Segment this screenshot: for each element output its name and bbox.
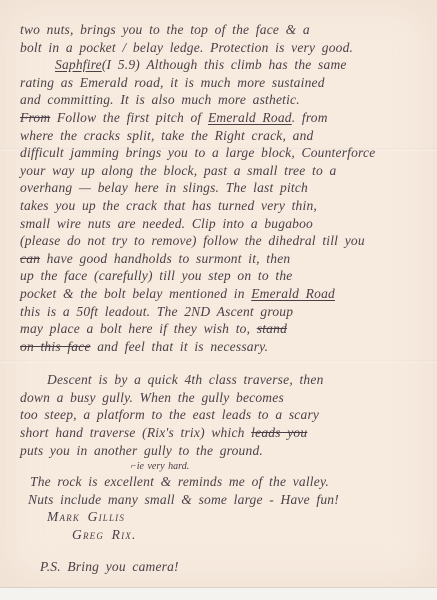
- text-segment: Mark Gillis: [47, 509, 125, 524]
- underlined-text: Emerald Road: [251, 286, 335, 301]
- underlined-text: Saphfire: [55, 57, 102, 72]
- text-segment: down a busy gully. When the gully become…: [20, 390, 284, 405]
- handwritten-line: too steep, a platform to the east leads …: [20, 406, 429, 424]
- text-segment: Follow the first pitch of: [50, 110, 208, 125]
- text-segment: bolt in a pocket / belay ledge. Protecti…: [20, 40, 353, 55]
- text-segment: P.S. Bring you camera!: [40, 559, 179, 574]
- handwritten-line: puts you in another gully to the ground.: [20, 442, 429, 460]
- text-segment: your way up along the block, past a smal…: [20, 163, 336, 178]
- handwritten-line: The rock is excellent & reminds me of th…: [30, 473, 429, 491]
- handwritten-line: this is a 50ft leadout. The 2ND Ascent g…: [20, 303, 429, 321]
- signature-line: Mark Gillis: [47, 508, 429, 526]
- text-segment: ⌐ie very hard.: [130, 461, 189, 472]
- crossed-out-text: leads you: [251, 425, 307, 440]
- crossed-out-text: can: [20, 251, 40, 266]
- text-segment: difficult jamming brings you to a large …: [20, 145, 375, 160]
- text-segment: Greg Rix.: [72, 527, 137, 542]
- text-segment: The rock is excellent & reminds me of th…: [30, 474, 329, 489]
- handwritten-line: rating as Emerald road, it is much more …: [20, 74, 429, 92]
- handwritten-line: (please do not try to remove) follow the…: [20, 232, 429, 250]
- handwritten-line: bolt in a pocket / belay ledge. Protecti…: [20, 39, 429, 57]
- text-segment: puts you in another gully to the ground.: [20, 443, 263, 458]
- handwritten-line: up the face (carefully) till you step on…: [20, 267, 429, 285]
- text-segment: have good handholds to surmont it, then: [40, 251, 290, 266]
- handwritten-line: Descent is by a quick 4th class traverse…: [47, 371, 429, 389]
- text-segment: too steep, a platform to the east leads …: [20, 407, 319, 422]
- text-segment: overhang — belay here in slings. The las…: [20, 180, 308, 195]
- letter-page: two nuts, brings you to the top of the f…: [0, 0, 437, 588]
- crossed-out-text: on this face: [20, 339, 91, 354]
- handwritten-line: From Follow the first pitch of Emerald R…: [20, 109, 429, 127]
- crossed-out-text: stand: [257, 321, 287, 336]
- signature-line: Greg Rix.: [72, 526, 429, 544]
- handwritten-line: down a busy gully. When the gully become…: [20, 389, 429, 407]
- handwritten-line: pocket & the bolt belay mentioned in Eme…: [20, 285, 429, 303]
- handwritten-line: where the cracks split, take the Right c…: [20, 127, 429, 145]
- scanned-letter: two nuts, brings you to the top of the f…: [0, 0, 437, 600]
- text-segment: rating as Emerald road, it is much more …: [20, 75, 325, 90]
- handwritten-line: your way up along the block, past a smal…: [20, 162, 429, 180]
- handwritten-line: Saphfire(I 5.9) Although this climb has …: [55, 56, 429, 74]
- text-segment: short hand traverse (Rix's trix) which: [20, 425, 251, 440]
- handwritten-line: takes you up the crack that has turned v…: [20, 197, 429, 215]
- underlined-text: Emerald Road: [208, 110, 292, 125]
- text-segment: up the face (carefully) till you step on…: [20, 268, 292, 283]
- text-segment: pocket & the bolt belay mentioned in: [20, 286, 251, 301]
- text-segment: takes you up the crack that has turned v…: [20, 198, 317, 213]
- handwritten-line: on this face and feel that it is necessa…: [20, 338, 429, 356]
- text-segment: may place a bolt here if they wish to,: [20, 321, 257, 336]
- text-segment: . from: [292, 110, 328, 125]
- text-segment: Nuts include many small & some large - H…: [28, 492, 339, 507]
- inserted-annotation: ⌐ie very hard.: [130, 461, 429, 473]
- handwritten-line: can have good handholds to surmont it, t…: [20, 250, 429, 268]
- handwritten-line: and committing. It is also much more ast…: [20, 91, 429, 109]
- text-segment: and committing. It is also much more ast…: [20, 92, 300, 107]
- handwritten-line: two nuts, brings you to the top of the f…: [20, 21, 429, 39]
- text-segment: (I 5.9) Although this climb has the same: [102, 57, 347, 72]
- handwritten-line: short hand traverse (Rix's trix) which l…: [20, 424, 429, 442]
- scan-edge-strip: [0, 587, 437, 600]
- text-segment: Descent is by a quick 4th class traverse…: [47, 372, 324, 387]
- text-segment: (please do not try to remove) follow the…: [20, 233, 365, 248]
- text-segment: small wire nuts are needed. Clip into a …: [20, 216, 313, 231]
- handwritten-line: difficult jamming brings you to a large …: [20, 144, 429, 162]
- text-segment: this is a 50ft leadout. The 2ND Ascent g…: [20, 304, 293, 319]
- postscript-line: P.S. Bring you camera!: [40, 558, 429, 576]
- text-segment: and feel that it is necessary.: [91, 339, 269, 354]
- handwritten-line: small wire nuts are needed. Clip into a …: [20, 215, 429, 233]
- handwritten-line: overhang — belay here in slings. The las…: [20, 179, 429, 197]
- letter-body: two nuts, brings you to the top of the f…: [20, 21, 429, 575]
- crossed-out-text: From: [20, 110, 50, 125]
- text-segment: where the cracks split, take the Right c…: [20, 128, 313, 143]
- handwritten-line: Nuts include many small & some large - H…: [28, 491, 429, 509]
- text-segment: two nuts, brings you to the top of the f…: [20, 22, 310, 37]
- handwritten-line: may place a bolt here if they wish to, s…: [20, 320, 429, 338]
